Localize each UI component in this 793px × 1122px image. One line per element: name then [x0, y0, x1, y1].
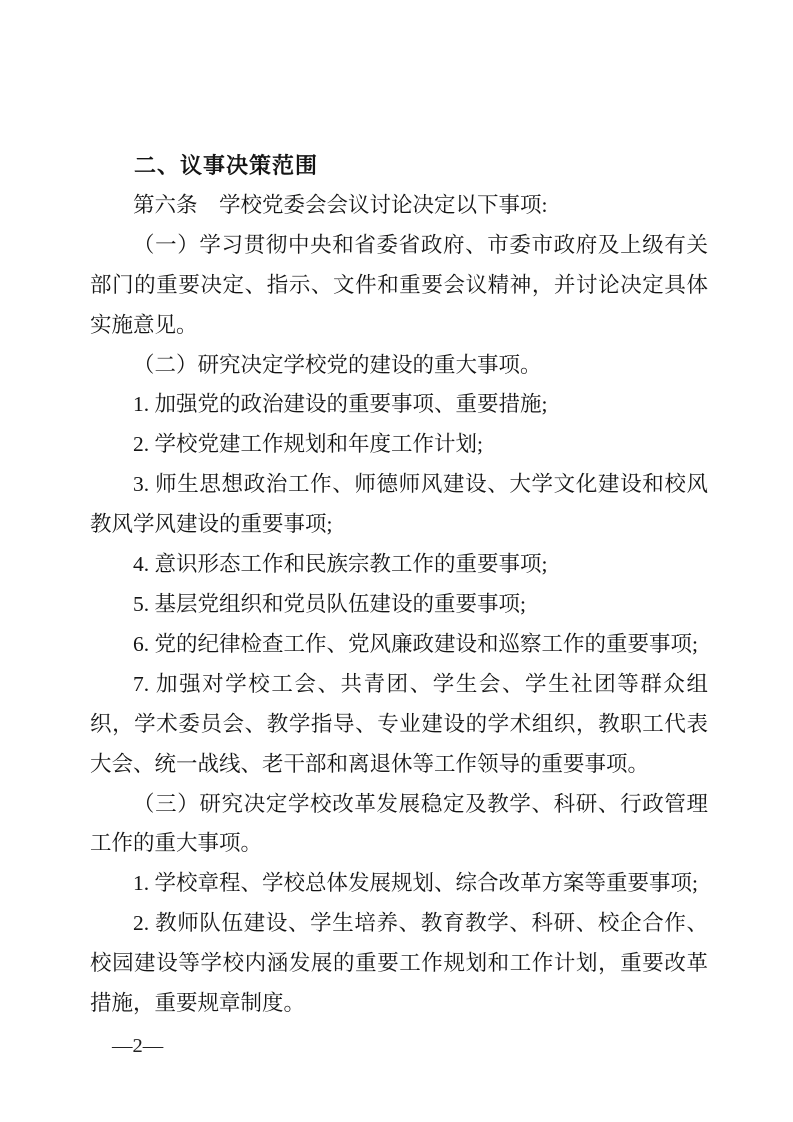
section-heading: 二、议事决策范围 [90, 146, 708, 186]
paragraph-clause-3-item-2: 2. 教师队伍建设、学生培养、教育教学、科研、校企合作、校园建设等学校内涵发展的… [90, 904, 708, 1024]
paragraph-clause-2-item-4: 4. 意识形态工作和民族宗教工作的重要事项; [90, 545, 708, 585]
paragraph-clause-2-item-6: 6. 党的纪律检查工作、党风廉政建设和巡察工作的重要事项; [90, 625, 708, 665]
paragraph-clause-2-item-1: 1. 加强党的政治建设的重要事项、重要措施; [90, 385, 708, 425]
paragraph-clause-2-item-2: 2. 学校党建工作规划和年度工作计划; [90, 425, 708, 465]
paragraph-clause-3-item-1: 1. 学校章程、学校总体发展规划、综合改革方案等重要事项; [90, 864, 708, 904]
paragraph-clause-2-item-3: 3. 师生思想政治工作、师德师风建设、大学文化建设和校风教风学风建设的重要事项; [90, 465, 708, 545]
document-body: 二、议事决策范围 第六条 学校党委会会议讨论决定以下事项: （一）学习贯彻中央和… [90, 146, 708, 1024]
paragraph-clause-2-item-5: 5. 基层党组织和党员队伍建设的重要事项; [90, 585, 708, 625]
paragraph-clause-3: （三）研究决定学校改革发展稳定及教学、科研、行政管理工作的重大事项。 [90, 785, 708, 865]
paragraph-article-6-title: 第六条 学校党委会会议讨论决定以下事项: [90, 186, 708, 226]
page-number: —2— [112, 1035, 163, 1057]
document-page: 二、议事决策范围 第六条 学校党委会会议讨论决定以下事项: （一）学习贯彻中央和… [0, 0, 793, 1122]
paragraph-clause-1: （一）学习贯彻中央和省委省政府、市委市政府及上级有关部门的重要决定、指示、文件和… [90, 226, 708, 346]
paragraph-clause-2-item-7: 7. 加强对学校工会、共青团、学生会、学生社团等群众组织，学术委员会、教学指导、… [90, 665, 708, 785]
paragraph-clause-2: （二）研究决定学校党的建设的重大事项。 [90, 346, 708, 386]
